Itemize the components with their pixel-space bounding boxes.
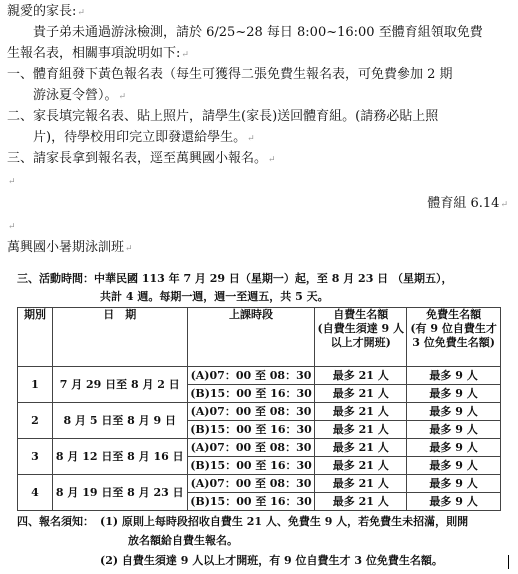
schedule-table: 期別 日 期 上課時段 自費生名額 (自費生須達 9 人 以上才開班) 免費生名… (17, 307, 501, 511)
table-row: 3 8 月 12 日至 8 月 16 日 (A)07：00 至 08：30 最多… (18, 439, 501, 457)
free-cell: 最多 9 人 (407, 421, 501, 439)
header-free-quota: 免費生名額 (有 9 位自費生才 3 位免費生名額) (407, 308, 501, 367)
text-cursor (508, 555, 509, 569)
empty-paragraph: ↵ (7, 218, 16, 235)
dates-cell: 8 月 5 日至 8 月 9 日 (52, 403, 187, 439)
activity-time-line-2: 共計 4 週。每期一週，週一至週五，共 5 天。 (100, 290, 329, 304)
header-slot: 上課時段 (187, 308, 315, 367)
paid-cell: 最多 21 人 (315, 475, 407, 493)
program-title: 萬興國小暑期泳訓班↵ (7, 240, 133, 257)
free-cell: 最多 9 人 (407, 475, 501, 493)
header-paid-quota: 自費生名額 (自費生須達 9 人 以上才開班) (315, 308, 407, 367)
free-cell: 最多 9 人 (407, 493, 501, 511)
slot-cell: (A)07：00 至 08：30 (187, 475, 315, 493)
header-dates: 日 期 (52, 308, 187, 367)
paid-cell: 最多 21 人 (315, 493, 407, 511)
header-period: 期別 (18, 308, 53, 367)
slot-cell: (B)15：00 至 16：30 (187, 457, 315, 475)
intro-line-2: 生報名表，相關事項說明如下:↵ (7, 46, 189, 63)
free-cell: 最多 9 人 (407, 457, 501, 475)
period-cell: 1 (18, 367, 53, 403)
intro-line-1: 貴子弟未通過游泳檢測，請於 6/25~28 每日 8:00~16:00 至體育組… (33, 25, 483, 41)
paid-cell: 最多 21 人 (315, 367, 407, 385)
paid-cell: 最多 21 人 (315, 403, 407, 421)
free-cell: 最多 9 人 (407, 439, 501, 457)
notice-1-line-2: 放名額給自費生報名。 (128, 534, 238, 548)
table-row: 1 7 月 29 日至 8 月 2 日 (A)07：00 至 08：30 最多 … (18, 367, 501, 385)
header-row: 期別 日 期 上課時段 自費生名額 (自費生須達 9 人 以上才開班) 免費生名… (18, 308, 501, 367)
signature: 體育組 6.14↵ (427, 196, 508, 213)
paid-cell: 最多 21 人 (315, 457, 407, 475)
paid-cell: 最多 21 人 (315, 421, 407, 439)
period-cell: 2 (18, 403, 53, 439)
period-cell: 3 (18, 439, 53, 475)
item-1-line-2: 游泳夏令營）。↵ (33, 88, 126, 105)
free-cell: 最多 9 人 (407, 367, 501, 385)
free-cell: 最多 9 人 (407, 403, 501, 421)
slot-cell: (B)15：00 至 16：30 (187, 421, 315, 439)
notice-2: (2) 自費生須達 9 人以上才開班，有 9 位自費生才 3 位免費生名額。 (100, 554, 443, 568)
dates-cell: 8 月 12 日至 8 月 16 日 (52, 439, 187, 475)
table-row: 4 8 月 19 日至 8 月 23 日 (A)07：00 至 08：30 最多… (18, 475, 501, 493)
slot-cell: (B)15：00 至 16：30 (187, 493, 315, 511)
item-2-line-1: 二、家長填完報名表、貼上照片，請學生(家長)送回體育組。(請務必貼上照 (7, 109, 438, 125)
paid-cell: 最多 21 人 (315, 439, 407, 457)
free-cell: 最多 9 人 (407, 385, 501, 403)
slot-cell: (B)15：00 至 16：30 (187, 385, 315, 403)
activity-time-line-1: 三、活動時間：中華民國 113 年 7 月 29 日（星期一）起，至 8 月 2… (17, 272, 453, 286)
table-row: 2 8 月 5 日至 8 月 9 日 (A)07：00 至 08：30 最多 2… (18, 403, 501, 421)
item-2-line-2: 片)，待學校用印完立即發還給學生。↵ (33, 130, 255, 147)
slot-cell: (A)07：00 至 08：30 (187, 403, 315, 421)
item-1-line-1: 一、體育組發下黃色報名表（每生可獲得二張免費生報名表，可免費參加 2 期 (7, 67, 453, 83)
greeting: 親愛的家長:↵ (7, 4, 85, 21)
notice-1-line-1: (1) 原則上每時段招收自費生 21 人、免費生 9 人，若免費生未招滿，則開 (100, 515, 468, 529)
slot-cell: (A)07：00 至 08：30 (187, 367, 315, 385)
notice-label: 四、報名須知： (17, 515, 94, 529)
paid-cell: 最多 21 人 (315, 385, 407, 403)
period-cell: 4 (18, 475, 53, 511)
slot-cell: (A)07：00 至 08：30 (187, 439, 315, 457)
dates-cell: 7 月 29 日至 8 月 2 日 (52, 367, 187, 403)
dates-cell: 8 月 19 日至 8 月 23 日 (52, 475, 187, 511)
empty-paragraph: ↵ (7, 173, 16, 190)
item-3-line-1: 三、請家長拿到報名表，逕至萬興國小報名。↵ (7, 151, 276, 168)
